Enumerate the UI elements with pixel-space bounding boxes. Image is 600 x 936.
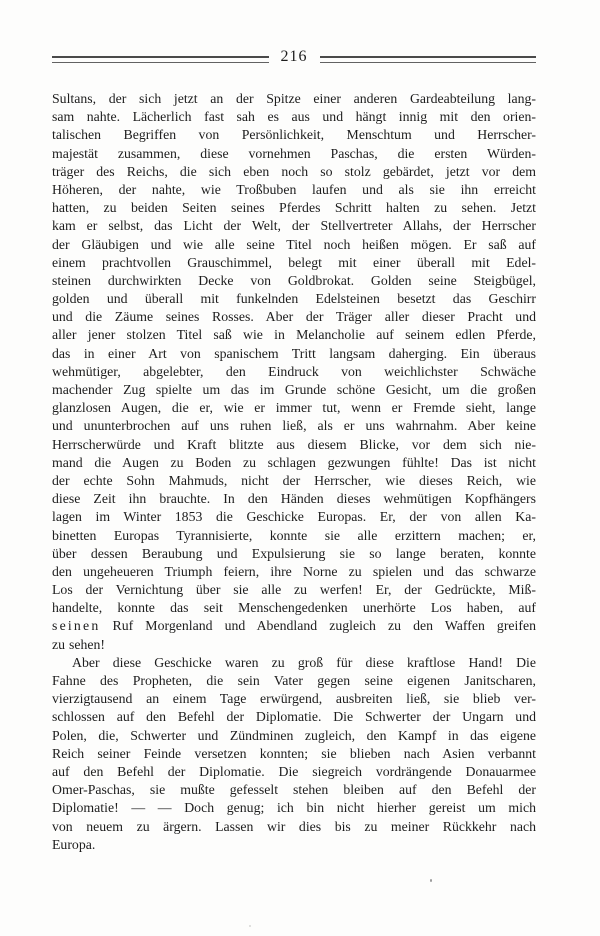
text-line: golden und überall mit funkelnden Edelst… <box>52 290 536 308</box>
text-line: Höheren, der nahte, wie Troßbuben laufen… <box>52 181 536 199</box>
text-line: einem prachtvollen Grauschimmel, belegt … <box>52 254 536 272</box>
text-line: machender Zug spielte um das im Grunde s… <box>52 381 536 399</box>
text-line: schlossen auf den Befehl der Diplomatie.… <box>52 708 536 726</box>
text-line: diese Zeit ihn brauchte. In den Händen d… <box>52 490 536 508</box>
text-line: handelte, konnte das seit Menschengedenk… <box>52 599 536 617</box>
text-line: Diplomatie! — — Doch genug; ich bin nich… <box>52 799 536 817</box>
text-line: Los der Vernichtung über sie alle zu wer… <box>52 581 536 599</box>
text-line: und ununterbrochen auf uns ruhen ließ, a… <box>52 417 536 435</box>
text-line: talischen Begriffen von Persönlichkeit, … <box>52 126 536 144</box>
emphasized-word: seinen <box>52 618 100 633</box>
text-line: Reich seiner Feinde versetzen konnten; s… <box>52 745 536 763</box>
text-line: das in einer Art von spanischem Tritt la… <box>52 345 536 363</box>
text-line: Fahne des Propheten, die sein Vater gege… <box>52 672 536 690</box>
text-line: träger des Reichs, die sich eben noch so… <box>52 163 536 181</box>
text-line: Europa. <box>52 836 536 854</box>
text-line: hatten, zu beiden Seiten seines Pferdes … <box>52 199 536 217</box>
text-line: Aber diese Geschicke waren zu groß für d… <box>52 654 536 672</box>
text-block: Sultans, der sich jetzt an der Spitze ei… <box>52 90 536 854</box>
scan-speck <box>249 925 251 927</box>
text-line: Omer-Paschas, sie mußte gefesselt stehen… <box>52 781 536 799</box>
text-line: vierzigtausend an einem Tage erwürgend, … <box>52 690 536 708</box>
text-line: und die Zäume seines Rosses. Aber der Tr… <box>52 308 536 326</box>
paragraph-1: Sultans, der sich jetzt an der Spitze ei… <box>52 90 536 654</box>
text-line: der Gläubigen und wie alle seine Titel n… <box>52 236 536 254</box>
text-line: sam nahte. Lächerlich fast sah es aus un… <box>52 108 536 126</box>
header-rule-right <box>320 56 537 63</box>
text-line: steinen durchwirkten Decke von Goldbroka… <box>52 272 536 290</box>
text-line: Polen, die, Schwerter und Zündminen zugl… <box>52 727 536 745</box>
text-line: majestät zusammen, diese vornehmen Pasch… <box>52 145 536 163</box>
text-line: von neuem zu ärgern. Lassen wir dies bis… <box>52 818 536 836</box>
text-line: Sultans, der sich jetzt an der Spitze ei… <box>52 90 536 108</box>
text-line: seinen Ruf Morgenland und Abendland zugl… <box>52 617 536 635</box>
text-line: zu sehen! <box>52 636 536 654</box>
text-line: der echte Sohn Mahmuds, nicht der Herrsc… <box>52 472 536 490</box>
text-line: binetten Europas Tyrannisierte, konnte s… <box>52 527 536 545</box>
page-number: 216 <box>269 47 320 67</box>
text-line: über dessen Beraubung und Expulsierung s… <box>52 545 536 563</box>
book-page: 216 Sultans, der sich jetzt an der Spitz… <box>0 0 600 936</box>
running-head: 216 <box>52 49 536 69</box>
text-line: mand die Augen zu Boden zu schlagen gezw… <box>52 454 536 472</box>
text-line: den ungeheueren Triumph feiern, ihre Nor… <box>52 563 536 581</box>
scan-speck <box>430 879 432 882</box>
text-line: auf den Befehl der Diplomatie. Die siegr… <box>52 763 536 781</box>
text-line: wehmütiger, abgelebter, den Eindruck von… <box>52 363 536 381</box>
text-line: lagen im Winter 1853 die Geschicke Europ… <box>52 508 536 526</box>
header-rule-left <box>52 56 269 63</box>
text-line: Herrscherwürde und Kraft blitzte aus die… <box>52 436 536 454</box>
text-line: kam er selbst, das Licht der Welt, der S… <box>52 217 536 235</box>
paragraph-2: Aber diese Geschicke waren zu groß für d… <box>52 654 536 854</box>
text-line: glanzlosen Augen, die er, wie er immer t… <box>52 399 536 417</box>
text-line: aller jener stolzen Titel saß wie in Mel… <box>52 326 536 344</box>
